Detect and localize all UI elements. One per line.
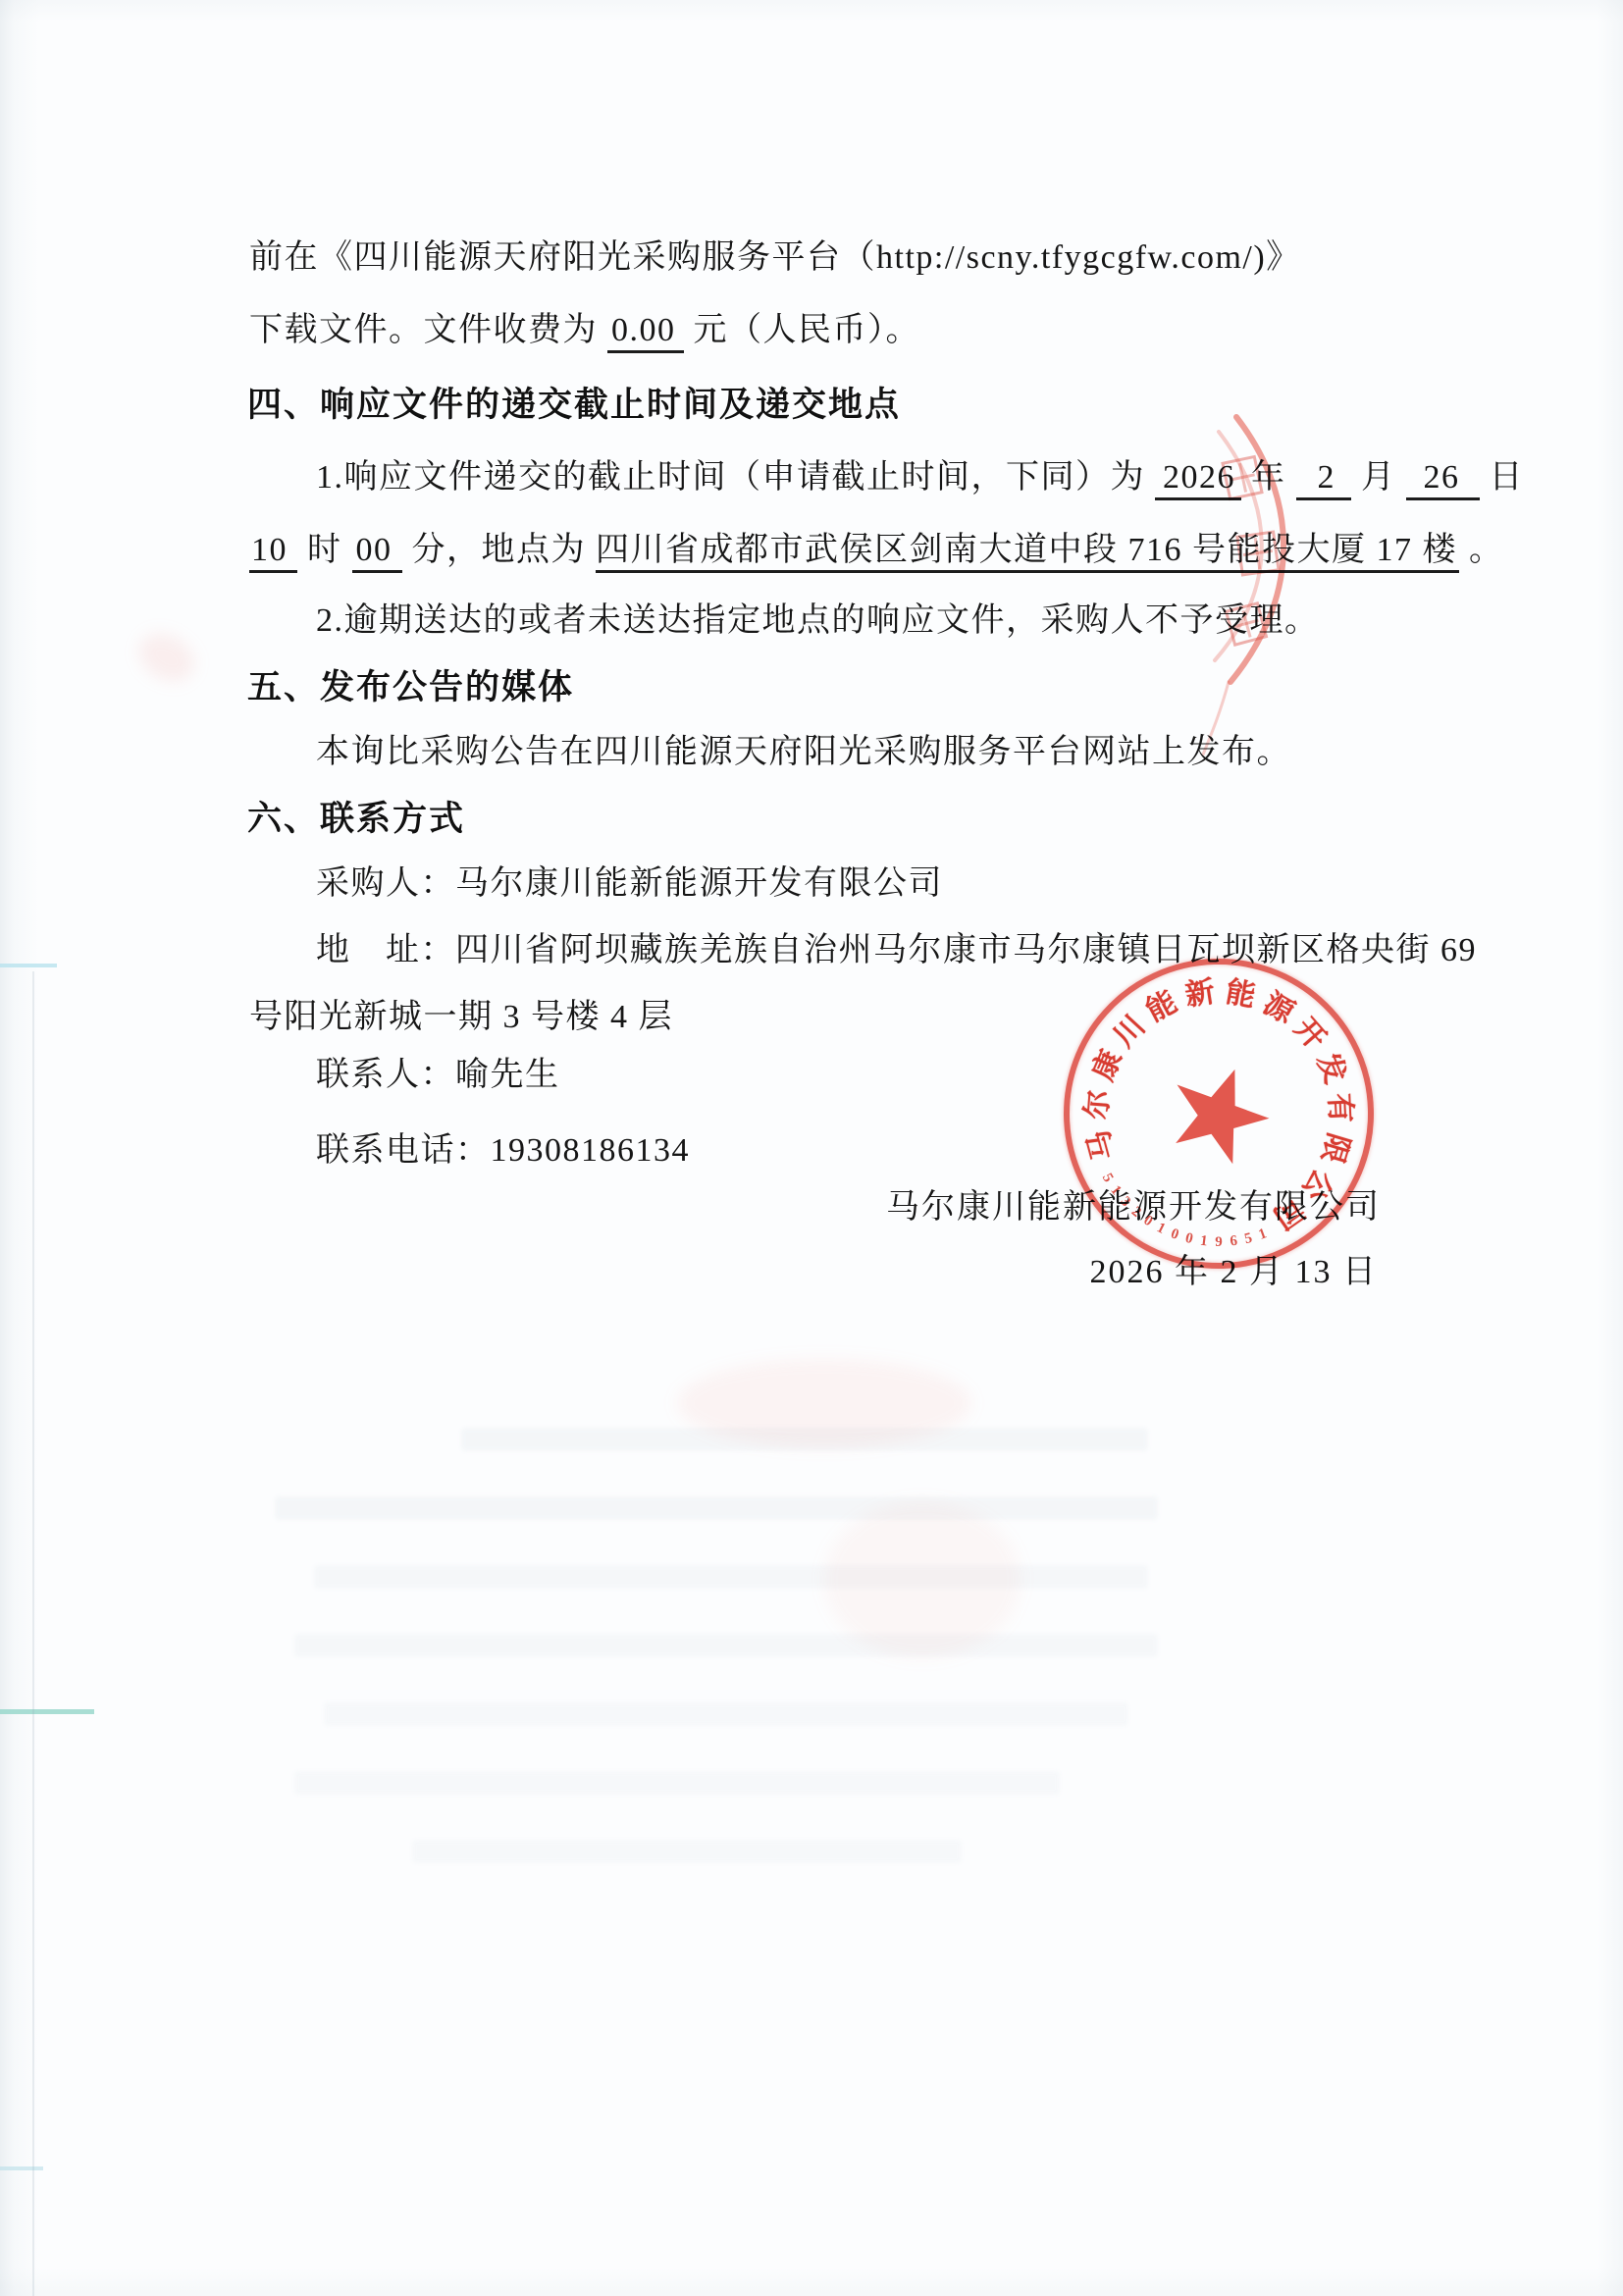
deadline-hour-unit: 时 <box>307 532 342 568</box>
scan-artifact-line <box>0 964 57 967</box>
seal-company-char: 新 <box>1180 971 1219 1010</box>
scan-artifact-ghost-line <box>324 1702 1128 1726</box>
seal-company-char: 能 <box>1222 971 1261 1011</box>
scan-artifact-smudge <box>131 624 203 691</box>
deadline-day-unit: 日 <box>1490 459 1525 496</box>
scan-artifact-vline <box>32 971 34 2296</box>
sentence-period: 。 <box>1469 532 1504 568</box>
seal-company-char: 尔 <box>1076 1086 1112 1122</box>
partial-seal-fragment <box>1168 388 1374 770</box>
seal-company-char: 有 <box>1326 1090 1361 1125</box>
scanned-page: 前在《四川能源天府阳光采购服务平台（http://scny.tfygcgfw.c… <box>0 0 1623 2296</box>
fee-label: 下载文件。文件收费为 <box>249 312 598 348</box>
scan-artifact-line <box>0 1709 94 1714</box>
fee-value: 0.00 <box>607 312 684 353</box>
deadline-minute: 00 <box>352 532 402 573</box>
platform-text: 前在《四川能源天府阳光采购服务平台（http://scny.tfygcgfw.c… <box>249 239 1301 276</box>
deadline-hour: 10 <box>249 532 297 573</box>
contact-phone-line: 联系电话：19308186134 <box>316 1128 690 1174</box>
scan-artifact-line <box>0 2166 43 2170</box>
paragraph-platform-line2: 下载文件。文件收费为 0.00 元（人民币）。 <box>249 308 920 353</box>
scan-artifact-ghost-line <box>314 1565 1148 1589</box>
section6-title: 六、联系方式 <box>247 797 465 842</box>
fee-suffix: 元（人民币）。 <box>694 312 921 348</box>
seal-fragment-glyph <box>1235 530 1280 576</box>
scan-artifact-smudge <box>677 1359 971 1447</box>
scan-artifact-ghost-line <box>275 1496 1158 1520</box>
buyer-address-line1: 地 址：四川省阿坝藏族羌族自治州马尔康市马尔康镇日瓦坝新区格央街 69 <box>316 928 1477 973</box>
paragraph-platform-line1: 前在《四川能源天府阳光采购服务平台（http://scny.tfygcgfw.c… <box>249 235 1301 281</box>
scan-artifact-ghost-line <box>412 1840 962 1863</box>
scan-artifact-ghost-line <box>294 1771 1060 1795</box>
deadline-day: 26 <box>1406 459 1480 500</box>
buyer-line: 采购人：马尔康川能新能源开发有限公司 <box>316 861 943 907</box>
buyer-address-line2: 号阳光新城一期 3 号楼 4 层 <box>249 995 673 1040</box>
section4-title: 四、响应文件的递交截止时间及递交地点 <box>247 383 901 428</box>
scan-artifact-smudge <box>824 1501 1021 1658</box>
section5-title: 五、发布公告的媒体 <box>247 665 574 710</box>
section5-body: 本询比采购公告在四川能源天府阳光采购服务平台网站上发布。 <box>316 730 1291 775</box>
scan-artifact-ghost-line <box>294 1634 1158 1657</box>
partial-seal-arc <box>1168 388 1374 770</box>
deadline-label: 1.响应文件递交的截止时间（申请截止时间，下同）为 <box>316 459 1145 496</box>
contact-person-line: 联系人：喻先生 <box>316 1053 560 1098</box>
deadline-minute-unit: 分，地点为 <box>412 532 587 568</box>
